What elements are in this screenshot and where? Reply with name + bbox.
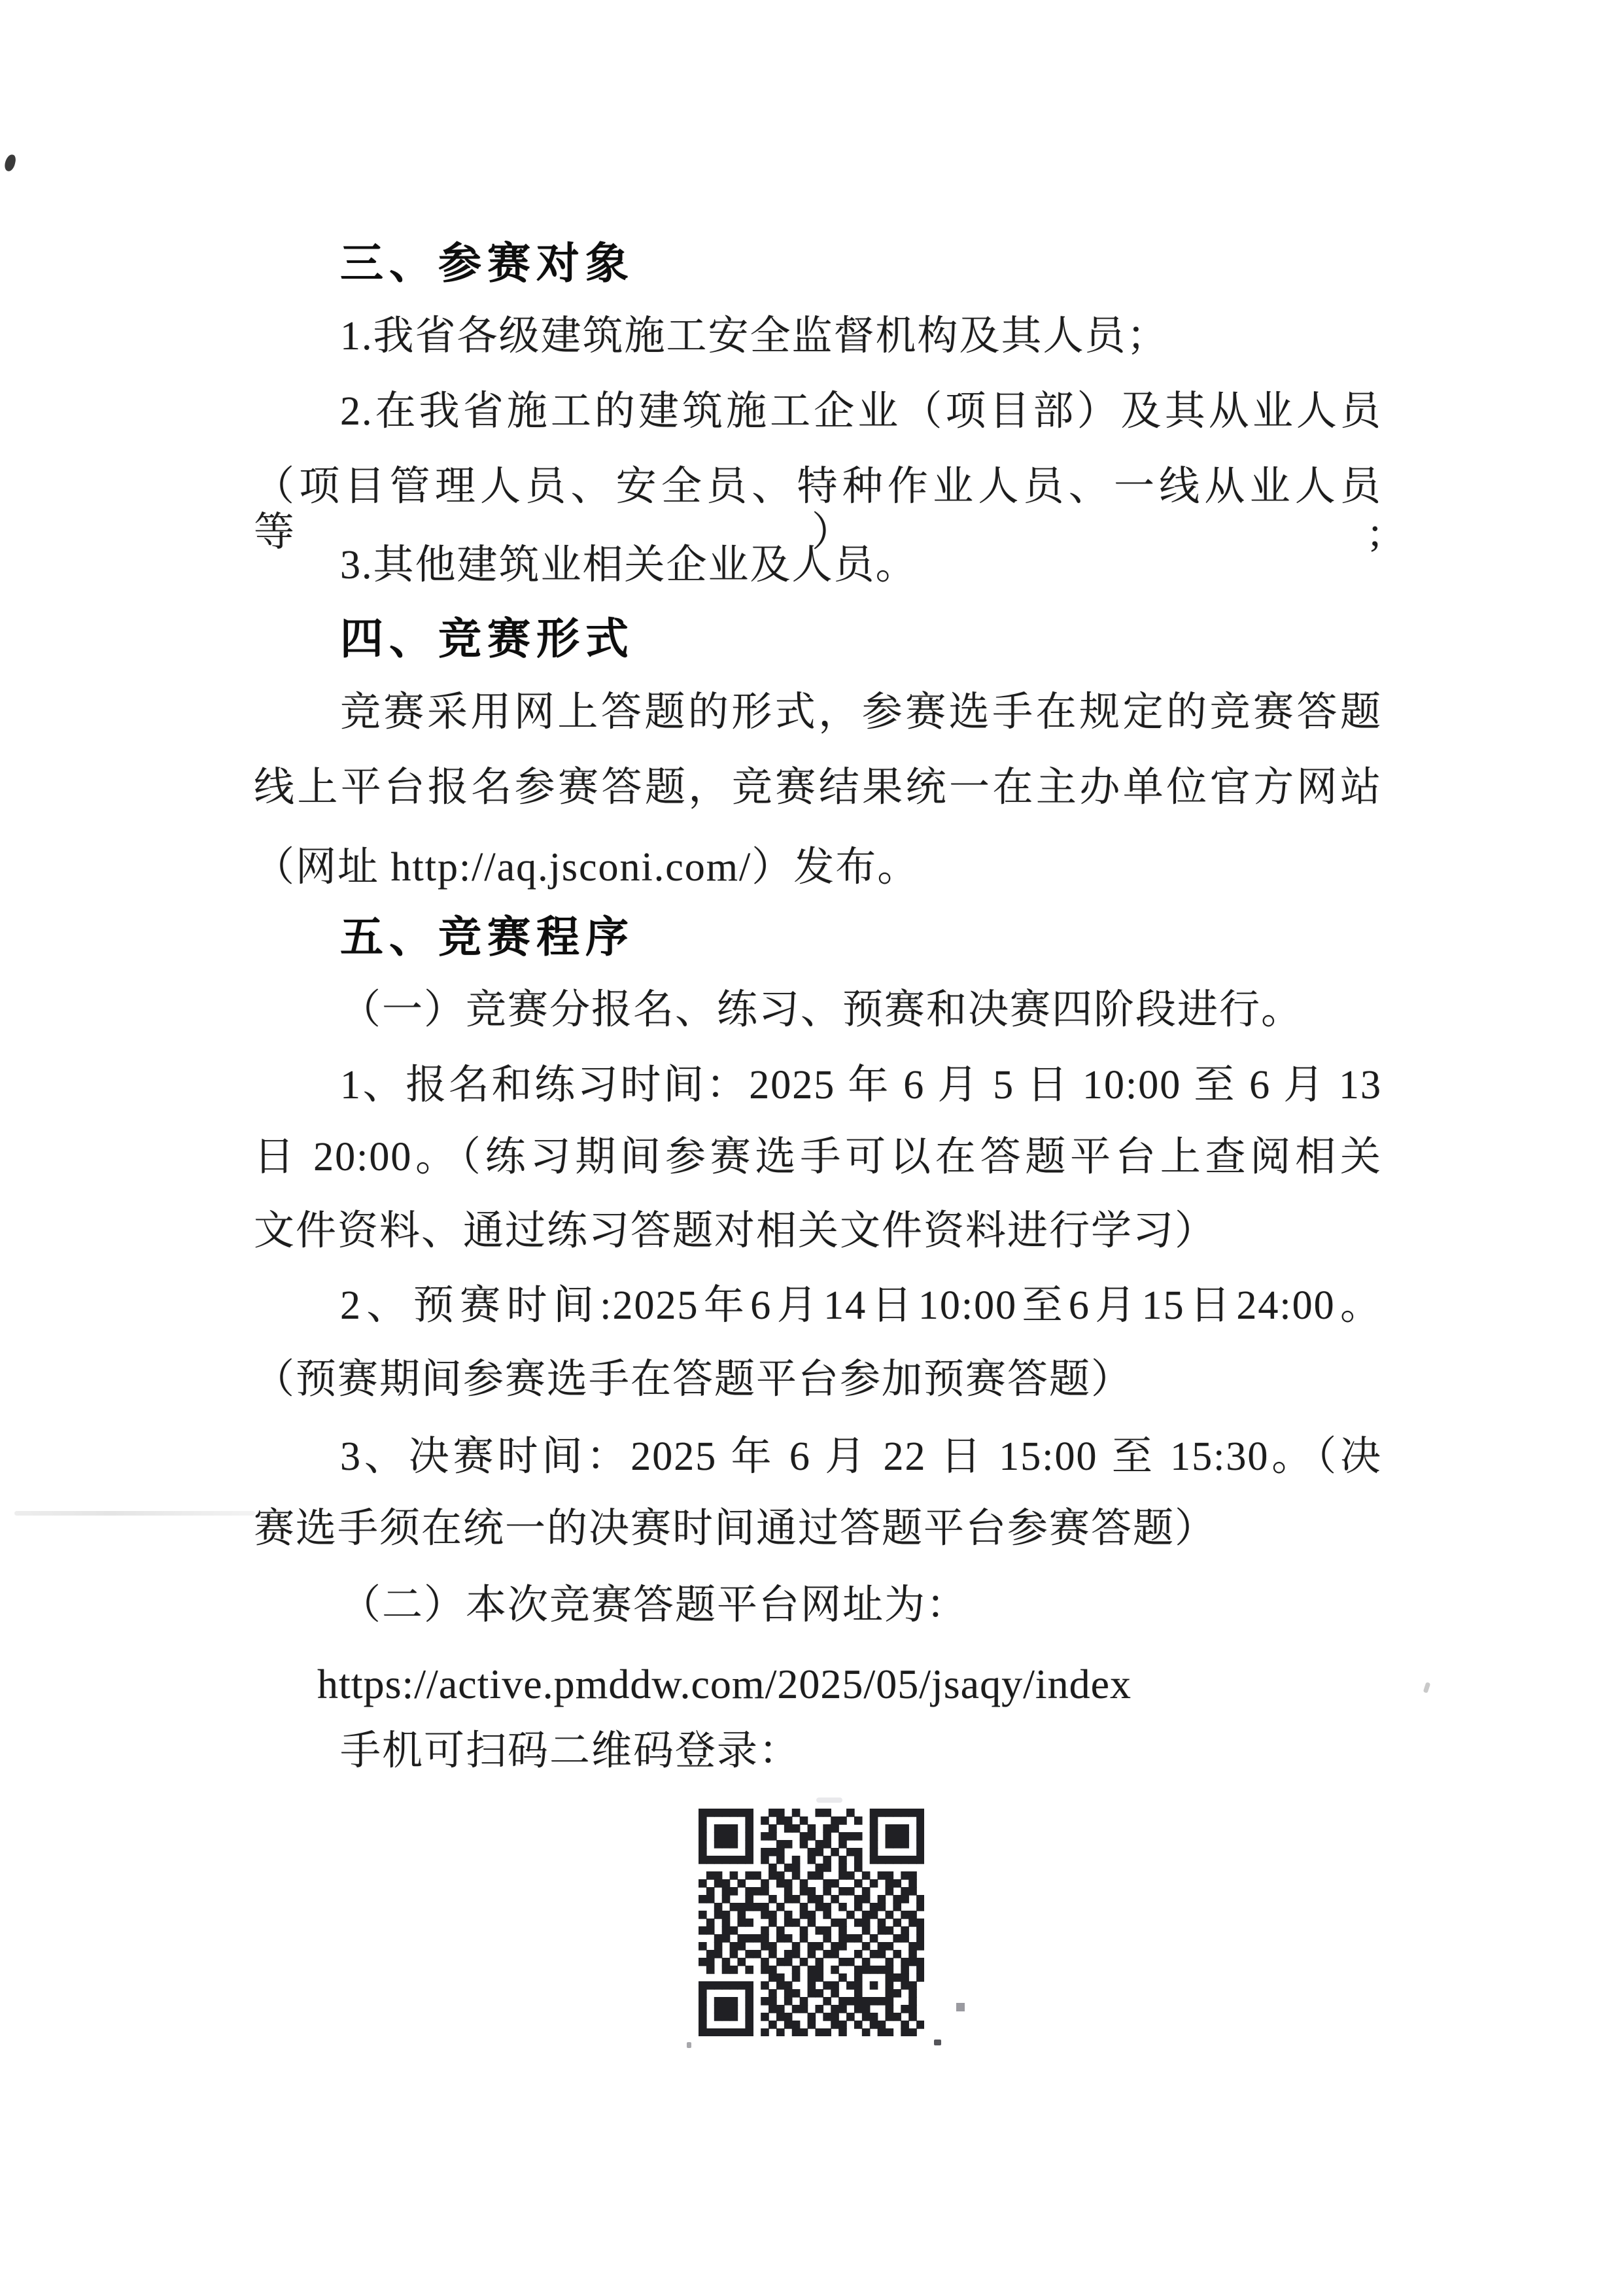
section-heading-procedure: 五、竞赛程序 xyxy=(340,914,634,960)
text-line: 3.其他建筑业相关企业及人员。 xyxy=(340,542,918,588)
paper-speck xyxy=(956,2003,965,2011)
qr-code xyxy=(699,1809,924,2036)
scanned-document-page: 三、参赛对象 1.我省各级建筑施工安全监督机构及其人员； 2.在我省施工的建筑施… xyxy=(0,0,1624,2292)
text-line-official-site-url: （网址 http://aq.jsconi.com/）发布。 xyxy=(254,844,919,890)
text-line: 文件资料、通过练习答题对相关文件资料进行学习） xyxy=(254,1208,1217,1254)
text-line: 赛选手须在统一的决赛时间通过答题平台参赛答题） xyxy=(254,1506,1217,1552)
text-line: （一）竞赛分报名、练习、预赛和决赛四阶段进行。 xyxy=(340,987,1303,1033)
text-line-platform-intro: （二）本次竞赛答题平台网址为： xyxy=(340,1582,968,1628)
text-line: 2.在我省施工的建筑施工企业（项目部）及其从业人员 xyxy=(340,389,1382,434)
text-line: 1.我省各级建筑施工安全监督机构及其人员； xyxy=(340,313,1169,359)
text-line: 线上平台报名参赛答题，竞赛结果统一在主办单位官方网站 xyxy=(254,765,1382,810)
text-line-preliminary-time: 2、预赛时间:2025年6月14日10:00至6月15日24:00。 xyxy=(340,1283,1382,1328)
text-line: （预赛期间参赛选手在答题平台参加预赛答题） xyxy=(254,1357,1133,1402)
text-line: （项目管理人员、安全员、特种作业人员、一线从业人员等）; xyxy=(254,464,1382,555)
text-line-registration-time: 1、报名和练习时间：2025 年 6 月 5 日 10:00 至 6 月 13 xyxy=(340,1062,1382,1108)
section-heading-format: 四、竞赛形式 xyxy=(340,616,634,661)
paper-speck xyxy=(687,2042,691,2048)
paper-speck xyxy=(934,2040,941,2045)
ink-blot-mark xyxy=(3,154,16,173)
paper-speck xyxy=(816,1797,842,1803)
text-line-final-time: 3、决赛时间：2025 年 6 月 22 日 15:00 至 15:30。（决 xyxy=(340,1434,1382,1480)
section-heading-participants: 三、参赛对象 xyxy=(340,240,634,286)
platform-url: https://active.pmddw.com/2025/05/jsaqy/i… xyxy=(317,1661,1132,1707)
text-line: 竞赛采用网上答题的形式，参赛选手在规定的竞赛答题 xyxy=(340,689,1382,735)
text-line: 日 20:00。（练习期间参赛选手可以在答题平台上查阅相关 xyxy=(254,1134,1382,1180)
text-line-qr-caption: 手机可扫码二维码登录： xyxy=(340,1728,801,1774)
scan-smudge-line xyxy=(14,1511,255,1516)
stray-tick-mark xyxy=(1423,1682,1431,1693)
